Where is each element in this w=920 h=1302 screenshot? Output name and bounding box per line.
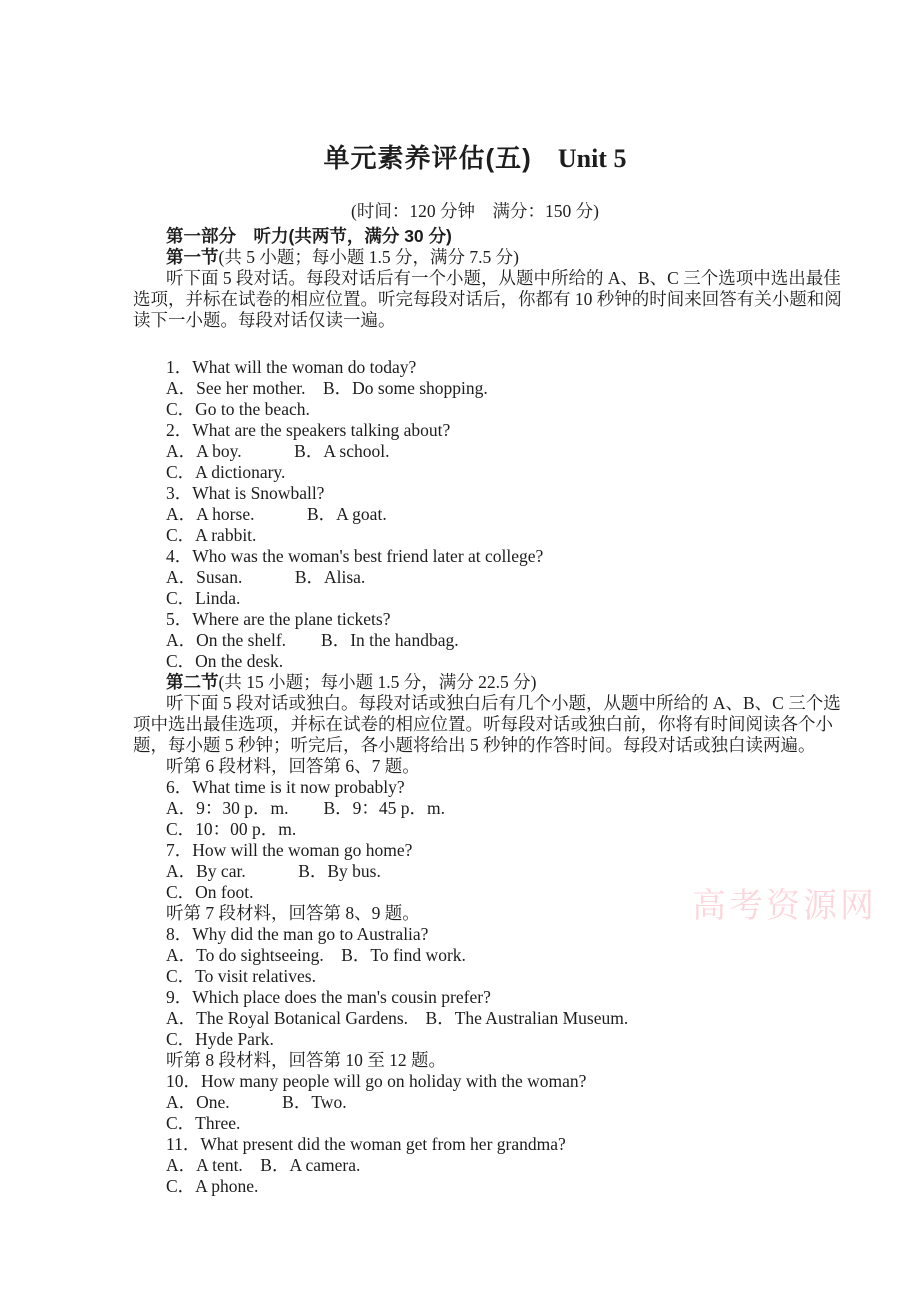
part1-heading: 第一部分 听力(共两节，满分 30 分) [133, 226, 817, 247]
question-1-options-ab: A．See her mother. B．Do some shopping. [133, 378, 817, 399]
section1-instructions-line-2: 选项，并标在试卷的相应位置。听完每段对话后，你都有 10 秒钟的时间来回答有关小… [133, 289, 817, 310]
question-2-options-ab: A．A boy. B．A school. [133, 441, 817, 462]
question-5-text: 5．Where are the plane tickets? [133, 609, 817, 630]
section2-label: 第二节 [166, 672, 219, 692]
section2-instructions-line-1: 听下面 5 段对话或独白。每段对话或独白后有几个小题，从题中所给的 A、B、C … [133, 693, 817, 714]
question-6-option-c: C．10：00 p．m. [133, 819, 817, 840]
question-9-text: 9．Which place does the man's cousin pref… [133, 987, 817, 1008]
section1-instructions-line-1: 听下面 5 段对话。每段对话后有一个小题，从题中所给的 A、B、C 三个选项中选… [133, 268, 817, 289]
exam-body: 第一部分 听力(共两节，满分 30 分) 第一节(共 5 小题；每小题 1.5 … [133, 226, 817, 1197]
question-6-options-ab: A．9：30 p．m. B．9：45 p．m. [133, 798, 817, 819]
blank-line [133, 331, 817, 357]
question-2-option-c: C．A dictionary. [133, 462, 817, 483]
section2-instructions-line-2: 项中选出最佳选项，并标在试卷的相应位置。听每段对话或独白前，你将有时间阅读各个小 [133, 714, 817, 735]
question-4-options-ab: A．Susan. B．Alisa. [133, 567, 817, 588]
question-10-options-ab: A．One. B．Two. [133, 1092, 817, 1113]
exam-title-zh: 单元素养评估(五) [324, 143, 532, 173]
question-8-option-c: C．To visit relatives. [133, 966, 817, 987]
section1-detail: (共 5 小题；每小题 1.5 分，满分 7.5 分) [219, 247, 519, 267]
question-6-text: 6．What time is it now probably? [133, 777, 817, 798]
section2-instructions-line-3: 题，每小题 5 秒钟；听完后，各小题将给出 5 秒钟的作答时间。每段对话或独白读… [133, 735, 817, 756]
audio-cue-material-6: 听第 6 段材料，回答第 6、7 题。 [133, 756, 817, 777]
question-1-option-c: C．Go to the beach. [133, 399, 817, 420]
question-1-text: 1．What will the woman do today? [133, 357, 817, 378]
question-7-text: 7．How will the woman go home? [133, 840, 817, 861]
question-5-options-ab: A．On the shelf. B．In the handbag. [133, 630, 817, 651]
question-3-options-ab: A．A horse. B．A goat. [133, 504, 817, 525]
section1-heading: 第一节(共 5 小题；每小题 1.5 分，满分 7.5 分) [133, 247, 817, 268]
question-9-option-c: C．Hyde Park. [133, 1029, 817, 1050]
question-9-options-ab: A．The Royal Botanical Gardens. B．The Aus… [133, 1008, 817, 1029]
question-4-option-c: C．Linda. [133, 588, 817, 609]
question-11-option-c: C．A phone. [133, 1176, 817, 1197]
exam-title-en: Unit 5 [558, 144, 627, 173]
question-3-option-c: C．A rabbit. [133, 525, 817, 546]
question-4-text: 4．Who was the woman's best friend later … [133, 546, 817, 567]
question-3-text: 3．What is Snowball? [133, 483, 817, 504]
question-8-options-ab: A．To do sightseeing. B．To find work. [133, 945, 817, 966]
time-score-info: (时间：120 分钟 满分：150 分) [133, 201, 817, 222]
section1-label: 第一节 [166, 247, 219, 267]
question-7-options-ab: A．By car. B．By bus. [133, 861, 817, 882]
question-11-text: 11．What present did the woman get from h… [133, 1134, 817, 1155]
question-11-options-ab: A．A tent. B．A camera. [133, 1155, 817, 1176]
audio-cue-material-7: 听第 7 段材料，回答第 8、9 题。 [133, 903, 817, 924]
exam-paper-page: 高考资源网 单元素养评估(五)Unit 5 (时间：120 分钟 满分：150 … [0, 0, 920, 1302]
section1-instructions-line-3: 读下一小题。每段对话仅读一遍。 [133, 310, 817, 331]
exam-title: 单元素养评估(五)Unit 5 [133, 143, 817, 174]
audio-cue-material-8: 听第 8 段材料，回答第 10 至 12 题。 [133, 1050, 817, 1071]
question-8-text: 8．Why did the man go to Australia? [133, 924, 817, 945]
question-10-option-c: C．Three. [133, 1113, 817, 1134]
question-10-text: 10．How many people will go on holiday wi… [133, 1071, 817, 1092]
question-2-text: 2．What are the speakers talking about? [133, 420, 817, 441]
question-7-option-c: C．On foot. [133, 882, 817, 903]
question-5-option-c: C．On the desk. [133, 651, 817, 672]
document-content: 单元素养评估(五)Unit 5 (时间：120 分钟 满分：150 分) 第一部… [133, 143, 817, 1197]
section2-heading: 第二节(共 15 小题；每小题 1.5 分，满分 22.5 分) [133, 672, 817, 693]
section2-detail: (共 15 小题；每小题 1.5 分，满分 22.5 分) [219, 672, 537, 692]
